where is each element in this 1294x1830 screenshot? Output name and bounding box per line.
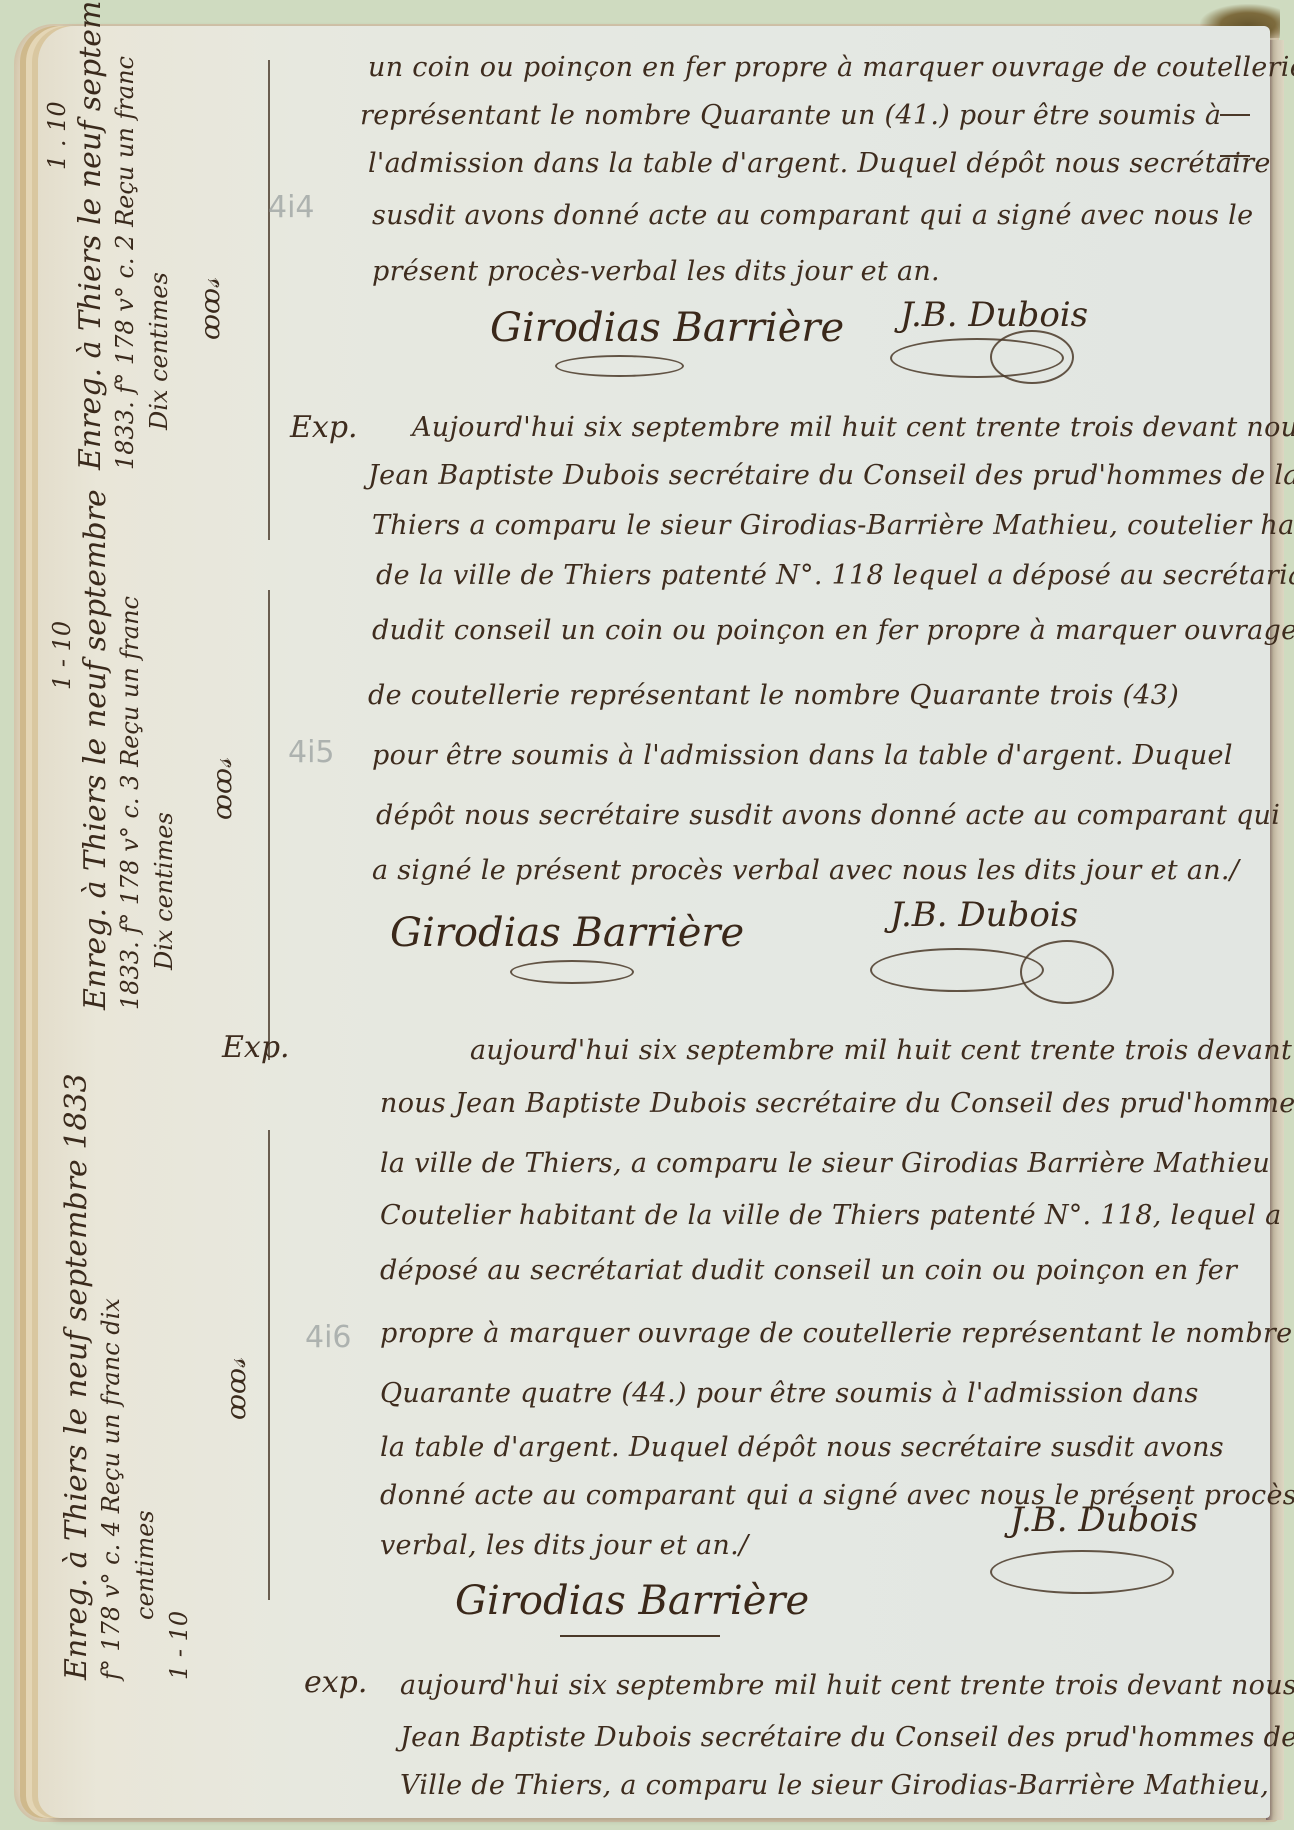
margin-registration-note: 1 - 10 Enreg. à Thiers le neuf septembre… xyxy=(45,489,181,1010)
margin-rule xyxy=(268,60,270,540)
text-line: dudit conseil un coin ou poinçon en fer … xyxy=(372,615,1294,646)
text-line: Aujourd'hui six septembre mil huit cent … xyxy=(412,412,1294,443)
folio-mark: 4i4 xyxy=(268,190,315,225)
signature-paraph xyxy=(990,1550,1174,1594)
signature-underline xyxy=(555,355,684,377)
signature-girodias: Girodias Barrière xyxy=(490,305,844,351)
text-line: représentant le nombre Quarante un (41.)… xyxy=(360,100,1221,131)
text-line: Jean Baptiste Dubois secrétaire du Conse… xyxy=(368,460,1294,491)
text-line: un coin ou poinçon en fer propre à marqu… xyxy=(368,52,1294,83)
signature-dubois: J.B. Dubois xyxy=(1010,1500,1198,1540)
text-line: a signé le présent procès verbal avec no… xyxy=(372,855,1239,886)
signature-underline xyxy=(510,960,634,984)
text-line: pour être soumis à l'admission dans la t… xyxy=(372,740,1233,771)
margin-paraph: ꝏꝏ𝓈 xyxy=(208,758,239,820)
text-line: dépôt nous secrétaire susdit avons donné… xyxy=(376,800,1280,831)
signature-girodias: Girodias Barrière xyxy=(390,910,744,956)
margin-registration-note: 1 . 10 Enreg. à Thiers le neuf septembre… xyxy=(40,0,176,470)
text-line: Thiers a comparu le sieur Girodias-Barri… xyxy=(372,510,1294,541)
text-line: Jean Baptiste Dubois secrétaire du Conse… xyxy=(400,1722,1294,1753)
text-line: susdit avons donné acte au comparant qui… xyxy=(372,200,1253,231)
text-line: aujourd'hui six septembre mil huit cent … xyxy=(400,1670,1294,1701)
text-line: Coutelier habitant de la ville de Thiers… xyxy=(380,1200,1282,1231)
folio-mark: 4i5 xyxy=(288,735,335,770)
entry-label: Exp. xyxy=(222,1030,290,1065)
text-line: la ville de Thiers, a comparu le sieur G… xyxy=(380,1148,1270,1179)
margin-rule xyxy=(268,1130,270,1600)
margin-paraph: ꝏꝏ𝓈 xyxy=(196,278,227,340)
entry-label: exp. xyxy=(304,1665,367,1700)
signature-dubois: J.B. Dubois xyxy=(900,295,1088,335)
margin-rule xyxy=(268,590,270,1060)
line-filler xyxy=(1220,114,1250,116)
margin-paraph: ꝏꝏ𝓈 xyxy=(222,1358,253,1420)
signature-paraph xyxy=(990,330,1074,384)
signature-paraph xyxy=(870,948,1044,992)
folio-mark: 4i6 xyxy=(305,1320,352,1355)
text-line: de coutellerie représentant le nombre Qu… xyxy=(368,680,1179,711)
text-line: aujourd'hui six septembre mil huit cent … xyxy=(470,1035,1292,1066)
signature-dubois: J.B. Dubois xyxy=(890,895,1078,935)
entry-label: Exp. xyxy=(290,410,358,445)
signature-underline xyxy=(560,1635,720,1637)
signature-girodias: Girodias Barrière xyxy=(455,1578,809,1624)
text-line: de la ville de Thiers patenté N°. 118 le… xyxy=(376,560,1294,591)
text-line: déposé au secrétariat dudit conseil un c… xyxy=(380,1255,1237,1286)
text-line: propre à marquer ouvrage de coutellerie … xyxy=(380,1318,1292,1349)
text-line: présent procès-verbal les dits jour et a… xyxy=(372,256,940,287)
signature-paraph xyxy=(1020,940,1114,1004)
text-line: la table d'argent. Duquel dépôt nous sec… xyxy=(380,1432,1224,1463)
text-line: verbal, les dits jour et an./ xyxy=(380,1530,748,1561)
image-frame: 4i4 4i5 4i6 un coin ou poinçon en fer pr… xyxy=(0,0,1294,1830)
text-line: Quarante quatre (44.) pour être soumis à… xyxy=(380,1378,1199,1409)
line-filler xyxy=(1220,155,1250,157)
text-line: nous Jean Baptiste Dubois secrétaire du … xyxy=(380,1088,1294,1119)
text-line: Ville de Thiers, a comparu le sieur Giro… xyxy=(400,1770,1269,1801)
margin-registration-note: Enreg. à Thiers le neuf septembre 1833 f… xyxy=(60,1073,196,1680)
text-line: l'admission dans la table d'argent. Duqu… xyxy=(368,148,1271,179)
